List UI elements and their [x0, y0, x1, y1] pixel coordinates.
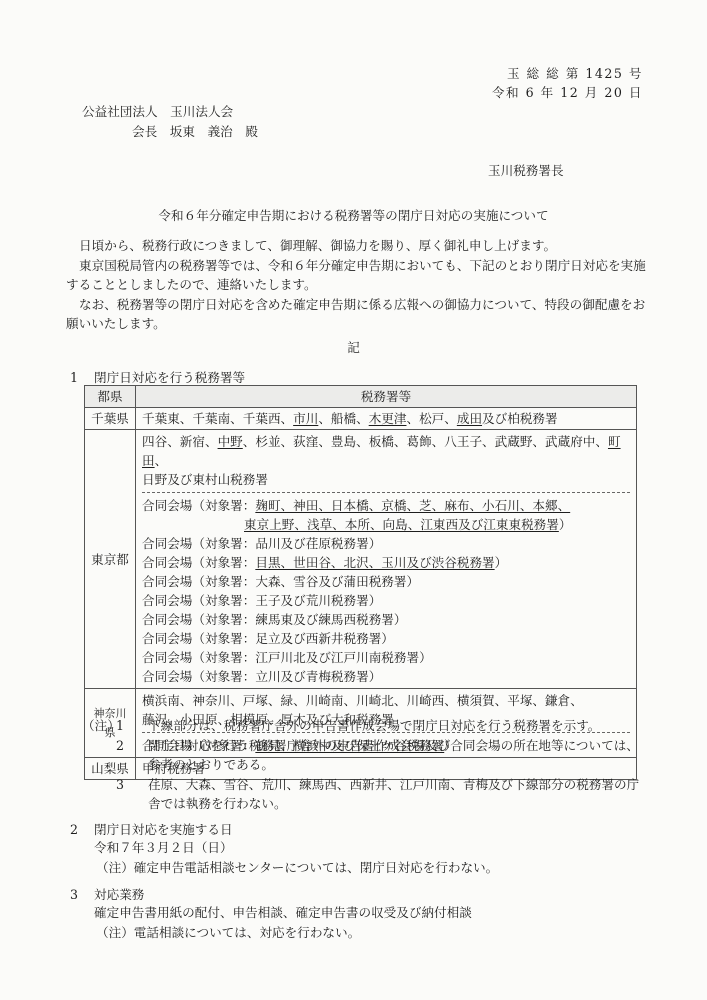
- office-text: 四谷、新宿、: [142, 434, 218, 449]
- note-text: 下線部分は、税務署庁舎外の申告書作成会場で閉庁日対応を行う税務署を示す。: [148, 718, 600, 733]
- venue-label: 合同会場（対象署：: [142, 574, 255, 589]
- note-label: （注）: [82, 716, 120, 736]
- sender: 玉川税務署長: [488, 160, 564, 179]
- venue-suffix: ）: [419, 650, 432, 665]
- services-text: 確定申告書用紙の配付、申告相談、確定申告書の収受及び納付相談: [94, 903, 472, 923]
- office-text: 、船橋、: [318, 411, 368, 426]
- venue-label: 合同会場（対象署：: [142, 555, 255, 570]
- addressee-org: 公益社団法人 玉川法人会: [82, 102, 258, 122]
- prefecture-cell: 千葉県: [85, 408, 136, 430]
- section-1-heading: 1閉庁日対応を行う税務署等: [70, 367, 245, 386]
- column-header-offices: 税務署等: [136, 386, 637, 408]
- venue-suffix: ）: [559, 517, 572, 532]
- venue-suffix: ）: [495, 555, 508, 570]
- ki-marker: 記: [0, 337, 707, 356]
- section-2-note: （注）確定申告電話相談センターについては、閉庁日対応を行わない。: [94, 858, 498, 878]
- addressee-person: 会長 坂東 義治 殿: [82, 122, 258, 142]
- office-text: 、松戸、: [406, 411, 456, 426]
- joint-venues: 合同会場（対象署：麹町、神田、日本橋、京橋、芝、麻布、小石川、本郷、 東京上野、…: [142, 492, 630, 687]
- venue-offices: 品川及び荏原税務署: [255, 536, 368, 551]
- table-header-row: 都県 税務署等: [85, 386, 637, 408]
- section-1-notes: （注）1下線部分は、税務署庁舎外の申告書作成会場で閉庁日対応を行う税務署を示す。…: [116, 716, 648, 814]
- body-text: 日頃から、税務行政につきまして、御理解、御協力を賜り、厚く御礼申し上げます。 東…: [66, 236, 646, 334]
- office-text: 及び柏税務署: [482, 411, 558, 426]
- venue-offices: 東京上野、浅草、本所、向島、江東西及び江東東税務署: [244, 517, 559, 532]
- venue-offices: 目黒、世田谷、北沢、玉川及び渋谷税務署: [255, 555, 494, 570]
- venue-suffix: ）: [369, 536, 382, 551]
- venue-suffix: ）: [369, 593, 382, 608]
- closed-day-date: 令和７年３月２日（日）: [94, 838, 498, 858]
- section-title: 閉庁日対応を行う税務署等: [94, 370, 245, 385]
- venue-offices: 練馬東及び練馬西税務署: [255, 612, 394, 627]
- note-item: 2閉庁日対応を行う税務署庁舎外の申告書作成会場及び合同会場の所在地等については、…: [116, 736, 648, 775]
- venue-label: 合同会場（対象署：: [142, 669, 255, 684]
- venue-label: 合同会場（対象署：: [142, 650, 255, 665]
- office-underlined: 成田: [457, 411, 482, 426]
- office-underlined: 中野: [218, 434, 243, 449]
- note-number: 2: [116, 736, 124, 756]
- joint-venue: 合同会場（対象署：立川及び青梅税務署）: [142, 667, 630, 686]
- section-2-body: 令和７年３月２日（日） （注）確定申告電話相談センターについては、閉庁日対応を行…: [94, 838, 498, 877]
- office-text: 千葉東、千葉南、千葉西、: [142, 411, 293, 426]
- venue-offices: 麹町、神田、日本橋、京橋、芝、麻布、小石川、本郷、: [255, 498, 570, 513]
- note-item: 3荏原、大森、雪谷、荒川、練馬西、西新井、江戸川南、青梅及び下線部分の税務署の庁…: [116, 775, 648, 814]
- section-2-heading: 2閉庁日対応を実施する日: [70, 819, 233, 838]
- venue-label: 合同会場（対象署：: [142, 536, 255, 551]
- paragraph: 東京国税局管内の税務署等では、令和６年分確定申告期においても、下記のとおり閉庁日…: [66, 256, 646, 295]
- prefecture-cell: 東京都: [85, 430, 136, 689]
- venue-offices: 足立及び西新井税務署: [255, 631, 381, 646]
- office-underlined: 市川: [293, 411, 318, 426]
- section-title: 閉庁日対応を実施する日: [94, 822, 233, 837]
- joint-venue: 合同会場（対象署：品川及び荏原税務署）: [142, 534, 630, 553]
- note-number: 1: [116, 716, 124, 736]
- section-3-note: （注）電話相談については、対応を行わない。: [94, 923, 472, 943]
- table-row-chiba: 千葉県 千葉東、千葉南、千葉西、市川、船橋、木更津、松戸、成田及び柏税務署: [85, 408, 637, 430]
- addressee: 公益社団法人 玉川法人会 会長 坂東 義治 殿: [82, 102, 258, 142]
- venue-offices: 王子及び荒川税務署: [255, 593, 368, 608]
- joint-venue: 合同会場（対象署：王子及び荒川税務署）: [142, 591, 630, 610]
- section-title: 対応業務: [94, 887, 144, 902]
- note-number: 3: [116, 775, 124, 795]
- offices-cell: 千葉東、千葉南、千葉西、市川、船橋、木更津、松戸、成田及び柏税務署: [136, 408, 637, 430]
- venue-suffix: ）: [369, 669, 382, 684]
- venue-label: 合同会場（対象署：: [142, 612, 255, 627]
- joint-venue: 合同会場（対象署：目黒、世田谷、北沢、玉川及び渋谷税務署）: [142, 553, 630, 572]
- venue-offices: 立川及び青梅税務署: [255, 669, 368, 684]
- section-number: 3: [70, 887, 94, 902]
- venue-label: 合同会場（対象署：: [142, 498, 255, 513]
- office-text: 横浜南、神奈川、戸塚、緑、川崎南、川崎北、川崎西、横須賀、平塚、鎌倉、: [142, 691, 630, 710]
- main-offices: 四谷、新宿、中野、杉並、荻窪、豊島、板橋、葛飾、八王子、武蔵野、武蔵府中、町田、…: [142, 431, 630, 490]
- venue-offices: 大森、雪谷及び蒲田税務署: [255, 574, 406, 589]
- joint-venue: 合同会場（対象署：大森、雪谷及び蒲田税務署）: [142, 572, 630, 591]
- note-text: 荏原、大森、雪谷、荒川、練馬西、西新井、江戸川南、青梅及び下線部分の税務署の庁舎…: [148, 777, 639, 812]
- office-text: 日野及び東村山税務署: [142, 470, 630, 489]
- document-title: 令和６年分確定申告期における税務署等の閉庁日対応の実施について: [0, 205, 707, 224]
- joint-venue: 合同会場（対象署：江戸川北及び江戸川南税務署）: [142, 648, 630, 667]
- venue-label: 合同会場（対象署：: [142, 593, 255, 608]
- section-3-body: 確定申告書用紙の配付、申告相談、確定申告書の収受及び納付相談 （注）電話相談につ…: [94, 903, 472, 942]
- note-text: 閉庁日対応を行う税務署庁舎外の申告書作成会場及び合同会場の所在地等については、参…: [148, 738, 639, 773]
- column-header-prefecture: 都県: [85, 386, 136, 408]
- joint-venue: 合同会場（対象署：麹町、神田、日本橋、京橋、芝、麻布、小石川、本郷、 東京上野、…: [142, 496, 630, 534]
- paragraph: 日頃から、税務行政につきまして、御理解、御協力を賜り、厚く御礼申し上げます。: [66, 236, 646, 256]
- office-text: 、: [155, 453, 168, 468]
- venue-suffix: ）: [406, 574, 419, 589]
- offices-cell: 四谷、新宿、中野、杉並、荻窪、豊島、板橋、葛飾、八王子、武蔵野、武蔵府中、町田、…: [136, 430, 637, 689]
- table-row-tokyo: 東京都 四谷、新宿、中野、杉並、荻窪、豊島、板橋、葛飾、八王子、武蔵野、武蔵府中…: [85, 430, 637, 689]
- document-date: 令和 6 年 12 月 20 日: [492, 83, 643, 102]
- venue-label: 合同会場（対象署：: [142, 631, 255, 646]
- section-number: 2: [70, 822, 94, 837]
- joint-venue: 合同会場（対象署：練馬東及び練馬西税務署）: [142, 610, 630, 629]
- venue-offices: 江戸川北及び江戸川南税務署: [255, 650, 419, 665]
- office-underlined: 木更津: [369, 411, 407, 426]
- joint-venue: 合同会場（対象署：足立及び西新井税務署）: [142, 629, 630, 648]
- note-item: （注）1下線部分は、税務署庁舎外の申告書作成会場で閉庁日対応を行う税務署を示す。: [116, 716, 648, 736]
- document-number: 玉 総 総 第 1425 号: [507, 64, 643, 83]
- section-3-heading: 3対応業務: [70, 884, 144, 903]
- section-number: 1: [70, 370, 94, 385]
- paragraph: なお、税務署等の閉庁日対応を含めた確定申告期に係る広報への御協力について、特段の…: [66, 295, 646, 334]
- venue-suffix: ）: [381, 631, 394, 646]
- office-text: 、杉並、荻窪、豊島、板橋、葛飾、八王子、武蔵野、武蔵府中、: [243, 434, 608, 449]
- venue-suffix: ）: [394, 612, 407, 627]
